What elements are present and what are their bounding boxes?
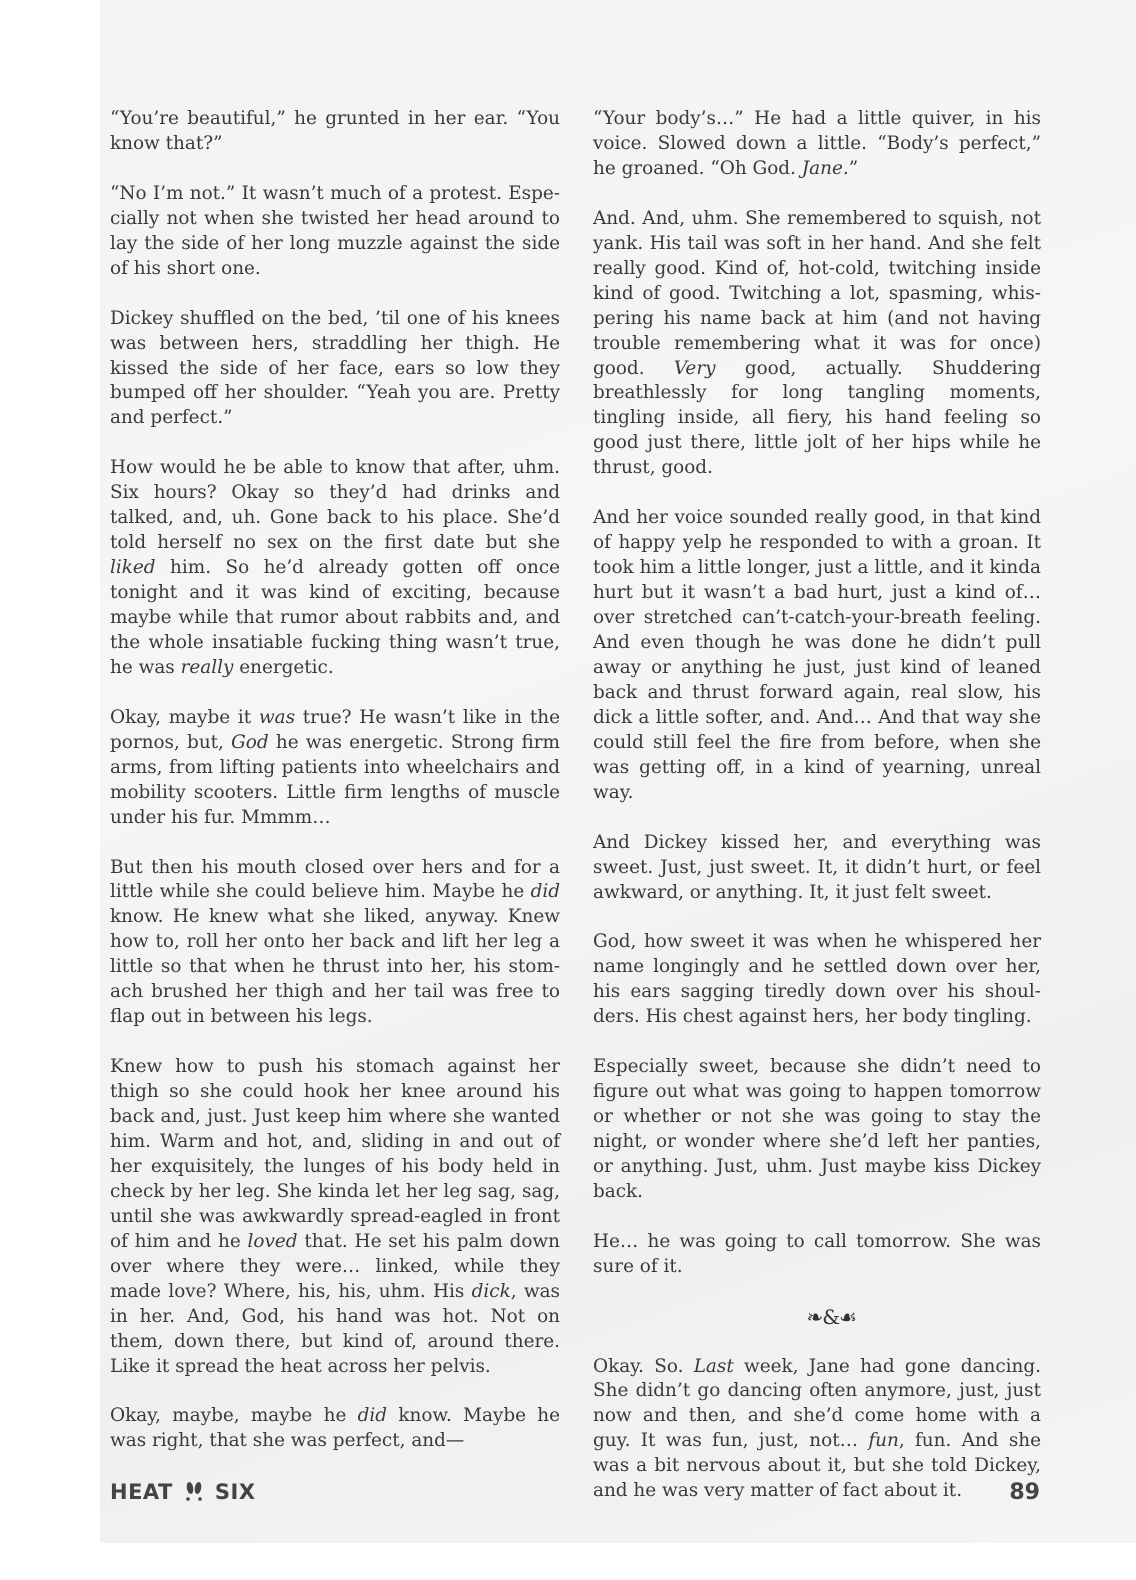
emphasis: was: [259, 707, 295, 728]
emphasis: Last: [694, 1356, 734, 1377]
paragraph: And Dickey kissed her, and everything wa…: [593, 831, 1041, 906]
emphasis: Jane.: [802, 158, 849, 179]
paragraph: But then his mouth closed over hers and …: [110, 856, 560, 1031]
magazine-name-six: SIX: [215, 1480, 256, 1504]
magazine-footer-title: HEAT SIX: [110, 1480, 256, 1504]
magazine-name-heat: HEAT: [110, 1480, 173, 1504]
paragraph: Dickey shuffled on the bed, ’til one of …: [110, 307, 560, 432]
paragraph: “Your body’s…” He had a little quiver, i…: [593, 107, 1041, 182]
emphasis: liked: [110, 557, 156, 578]
paragraph: Okay, maybe it was true? He wasn’t like …: [110, 706, 560, 831]
paragraph: He… he was going to call tomorrow. She w…: [593, 1230, 1041, 1280]
paragraph: God, how sweet it was when he whispered …: [593, 930, 1041, 1030]
section-break-ornament: ❧&☙: [593, 1305, 1041, 1330]
paragraph: How would he be able to know that after,…: [110, 456, 560, 681]
paragraph: Okay. So. Last week, Jane had gone danci…: [593, 1355, 1041, 1505]
emphasis: Very: [674, 358, 716, 379]
emphasis: loved: [248, 1231, 298, 1252]
paragraph: Okay, maybe, maybe he did know. Maybe he…: [110, 1404, 560, 1454]
paragraph: “No I’m not.” It wasn’t much of a protes…: [110, 182, 560, 282]
paragraph: “You’re beautiful,” he grunted in her ea…: [110, 107, 560, 157]
paragraph: And. And, uhm. She remembered to squish,…: [593, 207, 1041, 481]
page-number: 89: [1009, 1480, 1040, 1505]
paragraph: And her voice sounded really good, in th…: [593, 506, 1041, 805]
left-text-column: “You’re beautiful,” he grunted in her ea…: [110, 107, 560, 1454]
paragraph: Knew how to push his stomach against her…: [110, 1055, 560, 1379]
emphasis: dick: [472, 1281, 511, 1302]
emphasis: did: [358, 1405, 387, 1426]
paragraph: Especially sweet, because she didn’t nee…: [593, 1055, 1041, 1205]
emphasis: did: [531, 881, 560, 902]
emphasis: fun: [868, 1430, 899, 1451]
right-text-column: “Your body’s…” He had a little quiver, i…: [593, 107, 1041, 1504]
paw-print-icon: [185, 1481, 203, 1503]
emphasis: really: [181, 657, 234, 678]
emphasis: God: [231, 732, 269, 753]
